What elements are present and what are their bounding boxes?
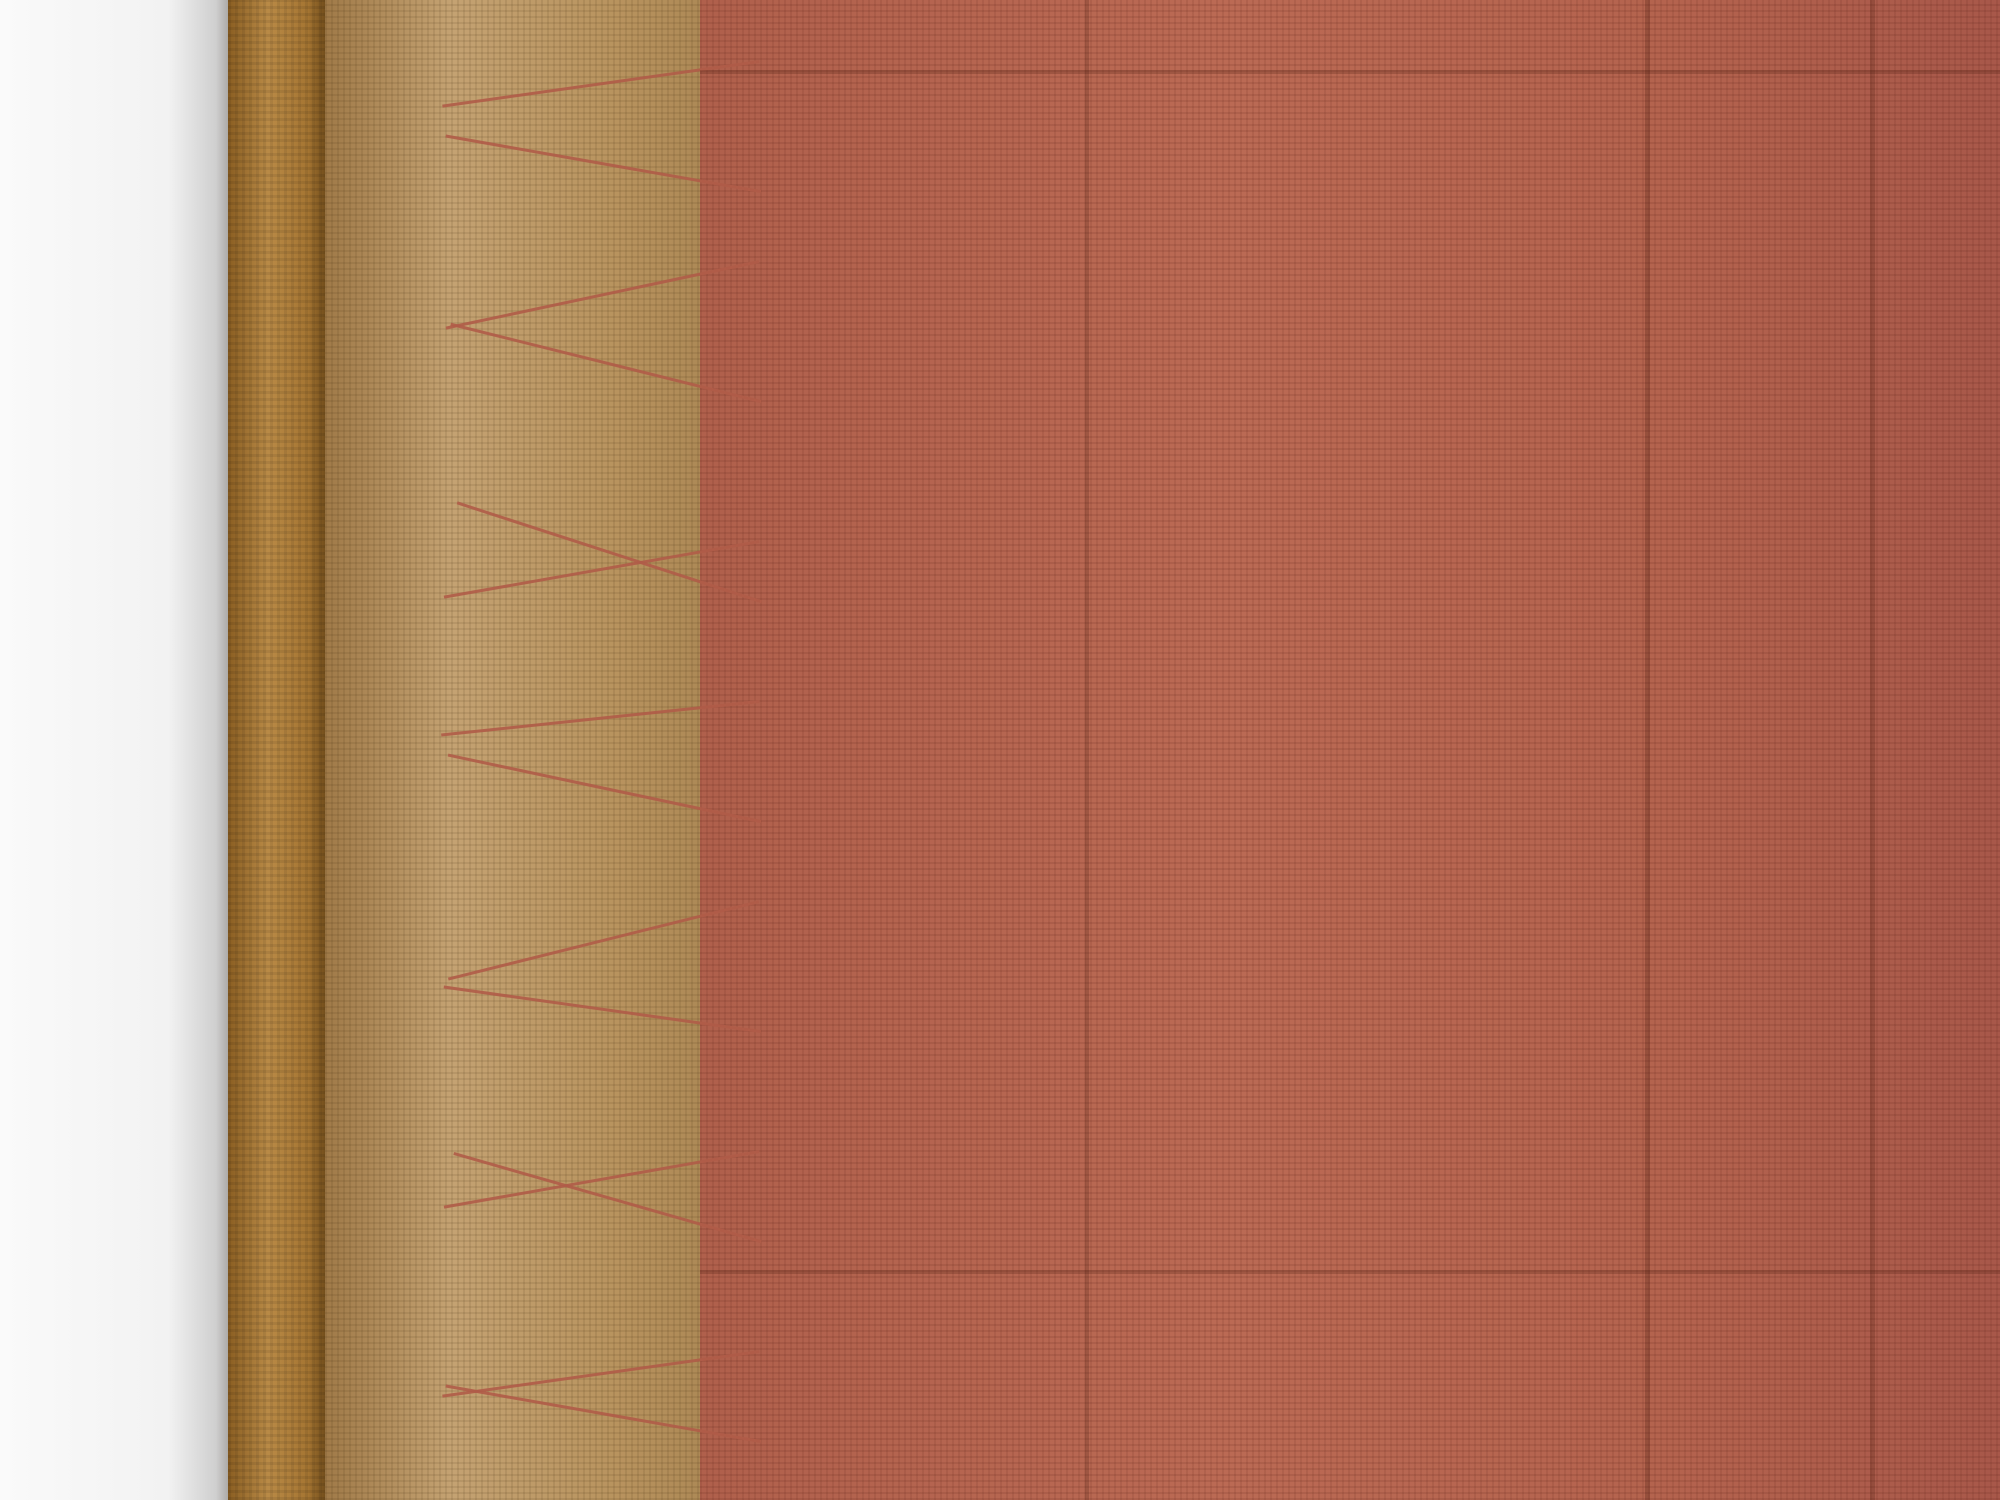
red-woven-cloth [700, 0, 2000, 1500]
white-wall [0, 0, 240, 1500]
burlap-backing [325, 0, 745, 1500]
wrapped-frame-edge [228, 0, 328, 1500]
